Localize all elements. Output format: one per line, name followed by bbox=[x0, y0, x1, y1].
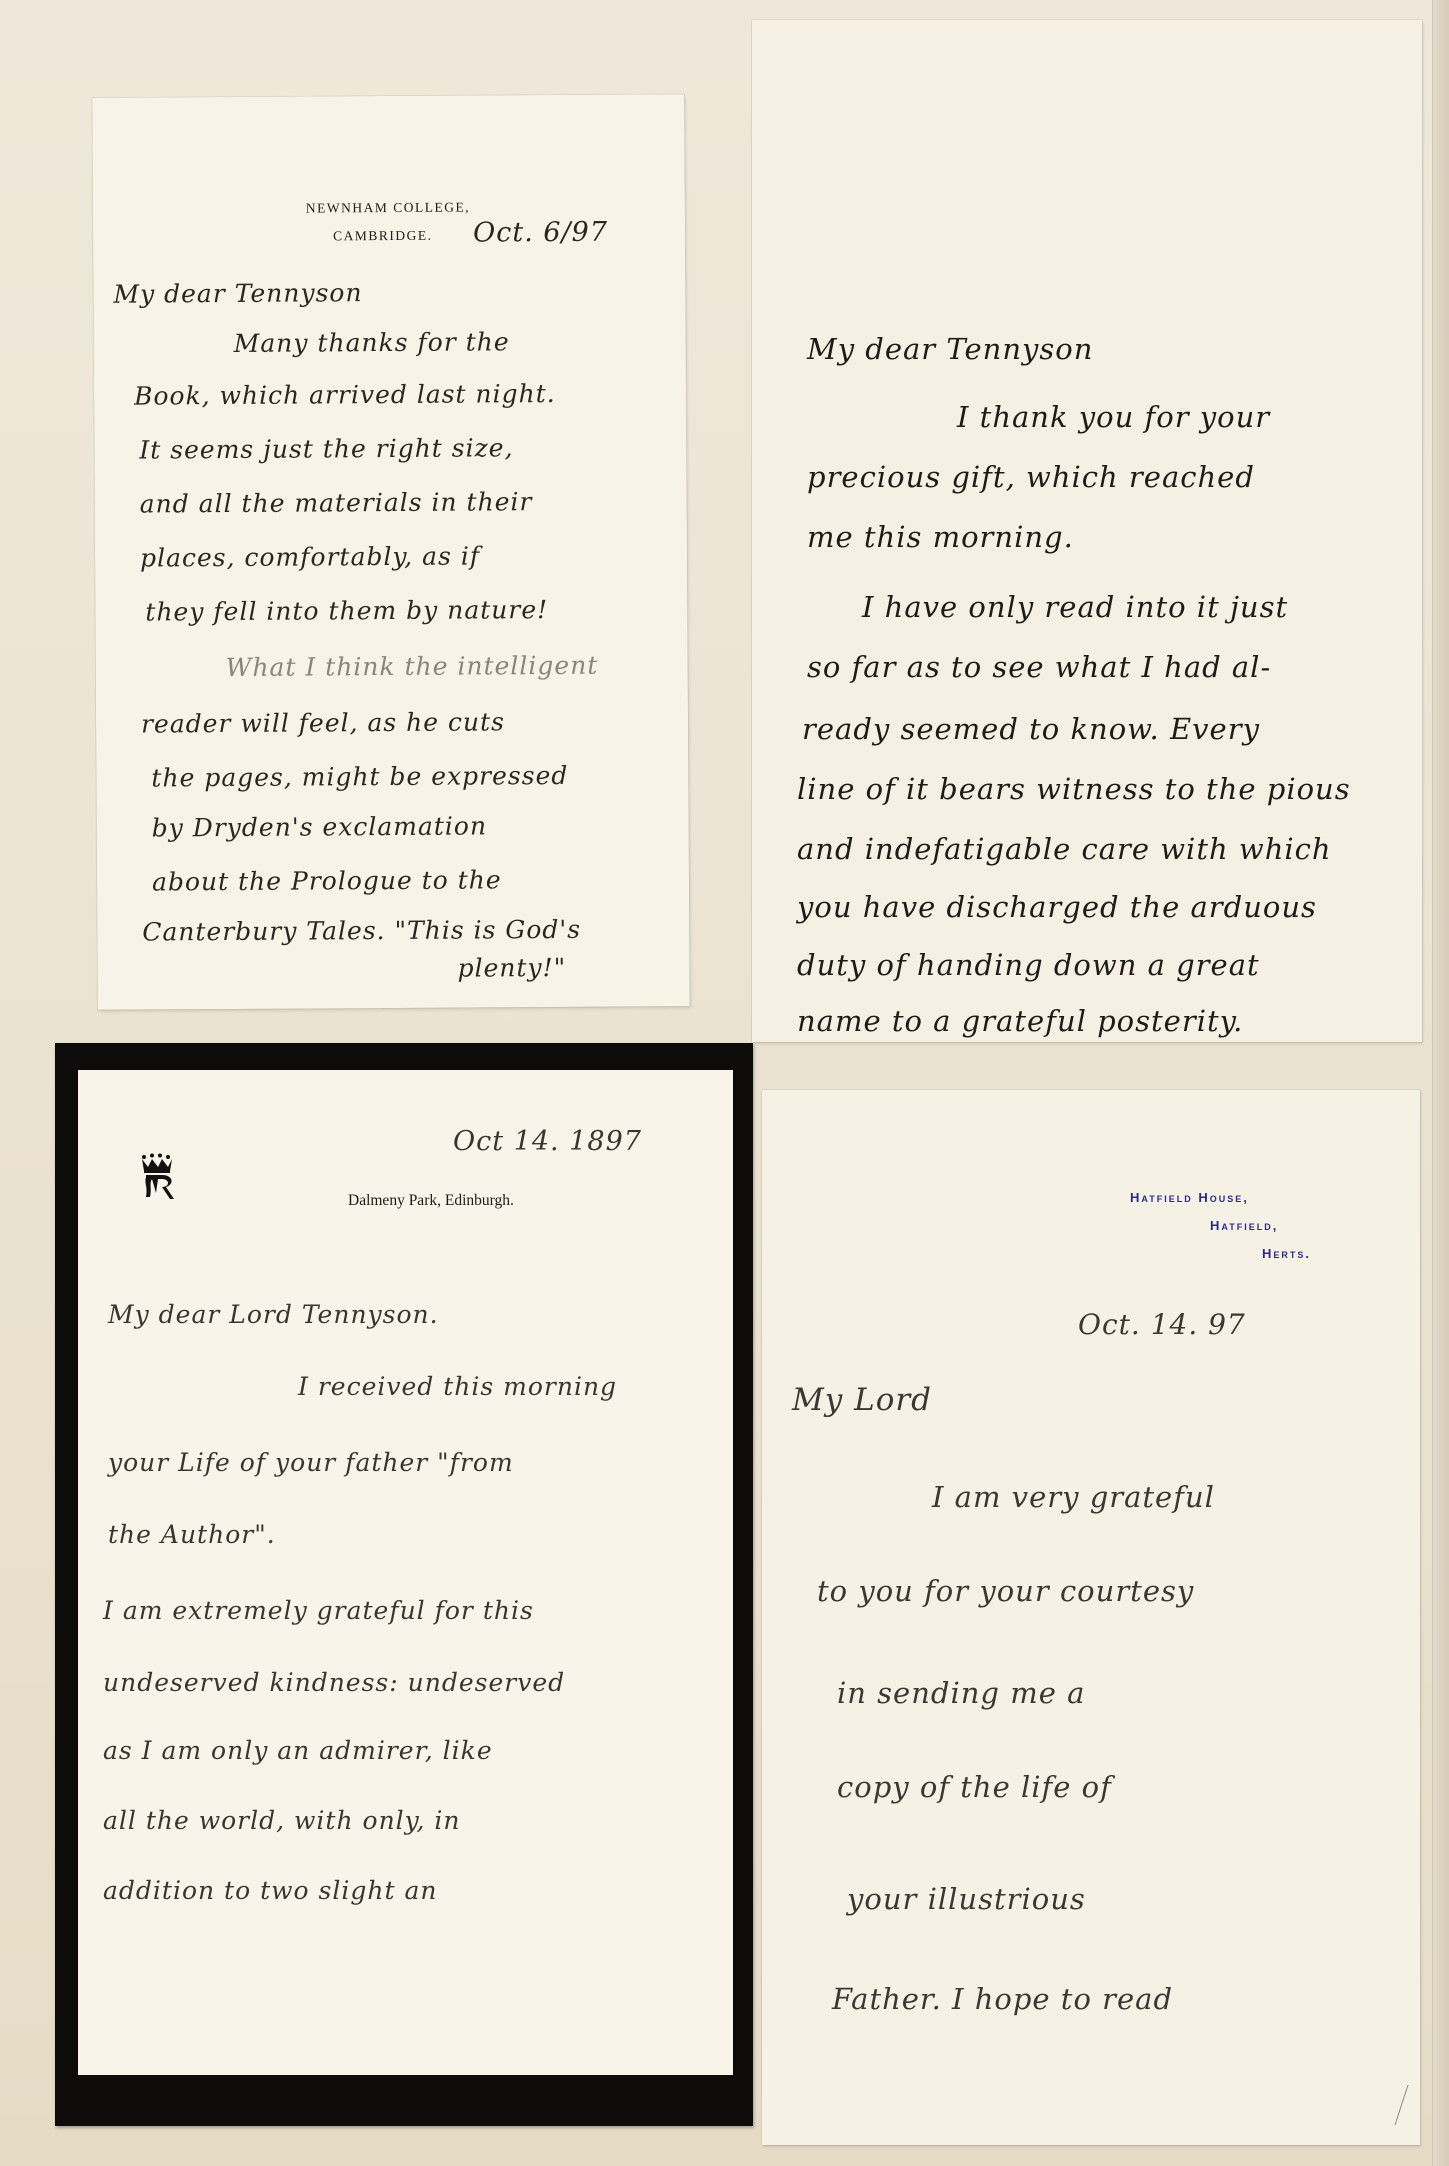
body-line: and indefatigable care with which bbox=[797, 832, 1332, 866]
body-line: addition to two slight an bbox=[103, 1876, 437, 1905]
letterhead-line-2: Hatfield, bbox=[1210, 1218, 1278, 1233]
body-line: line of it bears witness to the pious bbox=[797, 772, 1351, 806]
salutation: My dear Tennyson bbox=[807, 332, 1093, 366]
body-line: the Author". bbox=[108, 1520, 276, 1549]
body-line: What I think the intelligent bbox=[226, 651, 599, 682]
body-line: ready seemed to know. Every bbox=[802, 712, 1260, 746]
letter-dalmeny-park: Oct 14. 1897 Dalmeny Park, Edinburgh. My… bbox=[55, 1043, 753, 2126]
salutation: My dear Lord Tennyson. bbox=[108, 1300, 439, 1329]
body-line: copy of the life of bbox=[837, 1770, 1112, 1804]
body-line: It seems just the right size, bbox=[139, 433, 513, 464]
body-line: your illustrious bbox=[847, 1882, 1086, 1916]
body-line: about the Prologue to the bbox=[152, 865, 502, 896]
letter-newnham-college: NEWNHAM COLLEGE, CAMBRIDGE. Oct. 6/97 My… bbox=[92, 94, 690, 1010]
body-line: so far as to see what I had al- bbox=[807, 650, 1271, 684]
body-line: undeserved kindness: undeserved bbox=[103, 1668, 565, 1697]
body-line: Book, which arrived last night. bbox=[134, 379, 556, 411]
letter-paper: Oct 14. 1897 Dalmeny Park, Edinburgh. My… bbox=[78, 1070, 733, 2075]
letterhead-line-1: NEWNHAM COLLEGE, bbox=[306, 200, 470, 217]
body-line: name to a grateful posterity. bbox=[797, 1004, 1243, 1038]
letter-date: Oct. 14. 97 bbox=[1078, 1308, 1246, 1341]
body-line: to you for your courtesy bbox=[817, 1574, 1194, 1608]
body-line: you have discharged the arduous bbox=[797, 890, 1317, 924]
body-line: places, comfortably, as if bbox=[140, 541, 480, 572]
pencil-corner-mark bbox=[1395, 2085, 1423, 2125]
body-line: I am very grateful bbox=[932, 1480, 1215, 1514]
body-line: plenty!" bbox=[457, 953, 566, 983]
body-line: I thank you for your bbox=[957, 400, 1270, 434]
body-line: Canterbury Tales. "This is God's bbox=[142, 915, 581, 947]
body-line: they fell into them by nature! bbox=[145, 595, 548, 626]
body-line: your Life of your father "from bbox=[108, 1448, 514, 1477]
album-page: NEWNHAM COLLEGE, CAMBRIDGE. Oct. 6/97 My… bbox=[0, 0, 1449, 2166]
body-line: precious gift, which reached bbox=[807, 460, 1255, 494]
salutation: My dear Tennyson bbox=[113, 278, 362, 309]
letter-date: Oct. 6/97 bbox=[473, 217, 608, 249]
letterhead-address: Dalmeny Park, Edinburgh. bbox=[348, 1192, 514, 1210]
body-line: in sending me a bbox=[837, 1676, 1085, 1710]
letter-my-dear-tennyson: My dear Tennyson I thank you for your pr… bbox=[752, 20, 1422, 1042]
body-line: reader will feel, as he cuts bbox=[141, 707, 505, 738]
body-line: Father. I hope to read bbox=[832, 1982, 1173, 2016]
body-line: I received this morning bbox=[298, 1372, 617, 1401]
letter-hatfield-house: Hatfield House, Hatfield, Herts. Oct. 14… bbox=[762, 1090, 1420, 2145]
body-line: by Dryden's exclamation bbox=[152, 811, 488, 842]
body-line: duty of handing down a great bbox=[797, 948, 1260, 982]
body-line: and all the materials in their bbox=[140, 487, 533, 518]
letterhead-line-1: Hatfield House, bbox=[1130, 1190, 1249, 1205]
letterhead-line-2: CAMBRIDGE. bbox=[333, 228, 432, 245]
coronet-monogram-icon bbox=[140, 1153, 176, 1205]
body-line: I have only read into it just bbox=[862, 590, 1288, 624]
salutation: My Lord bbox=[792, 1382, 932, 1418]
body-line: me this morning. bbox=[807, 520, 1074, 554]
body-line: I am extremely grateful for this bbox=[103, 1596, 534, 1625]
body-line: Many thanks for the bbox=[234, 327, 510, 358]
album-page-edge bbox=[1432, 0, 1449, 2166]
letter-date: Oct 14. 1897 bbox=[453, 1126, 642, 1157]
body-line: the pages, might be expressed bbox=[151, 761, 568, 793]
body-line: as I am only an admirer, like bbox=[103, 1736, 493, 1765]
body-line: all the world, with only, in bbox=[103, 1806, 460, 1835]
letterhead-line-3: Herts. bbox=[1262, 1246, 1311, 1261]
